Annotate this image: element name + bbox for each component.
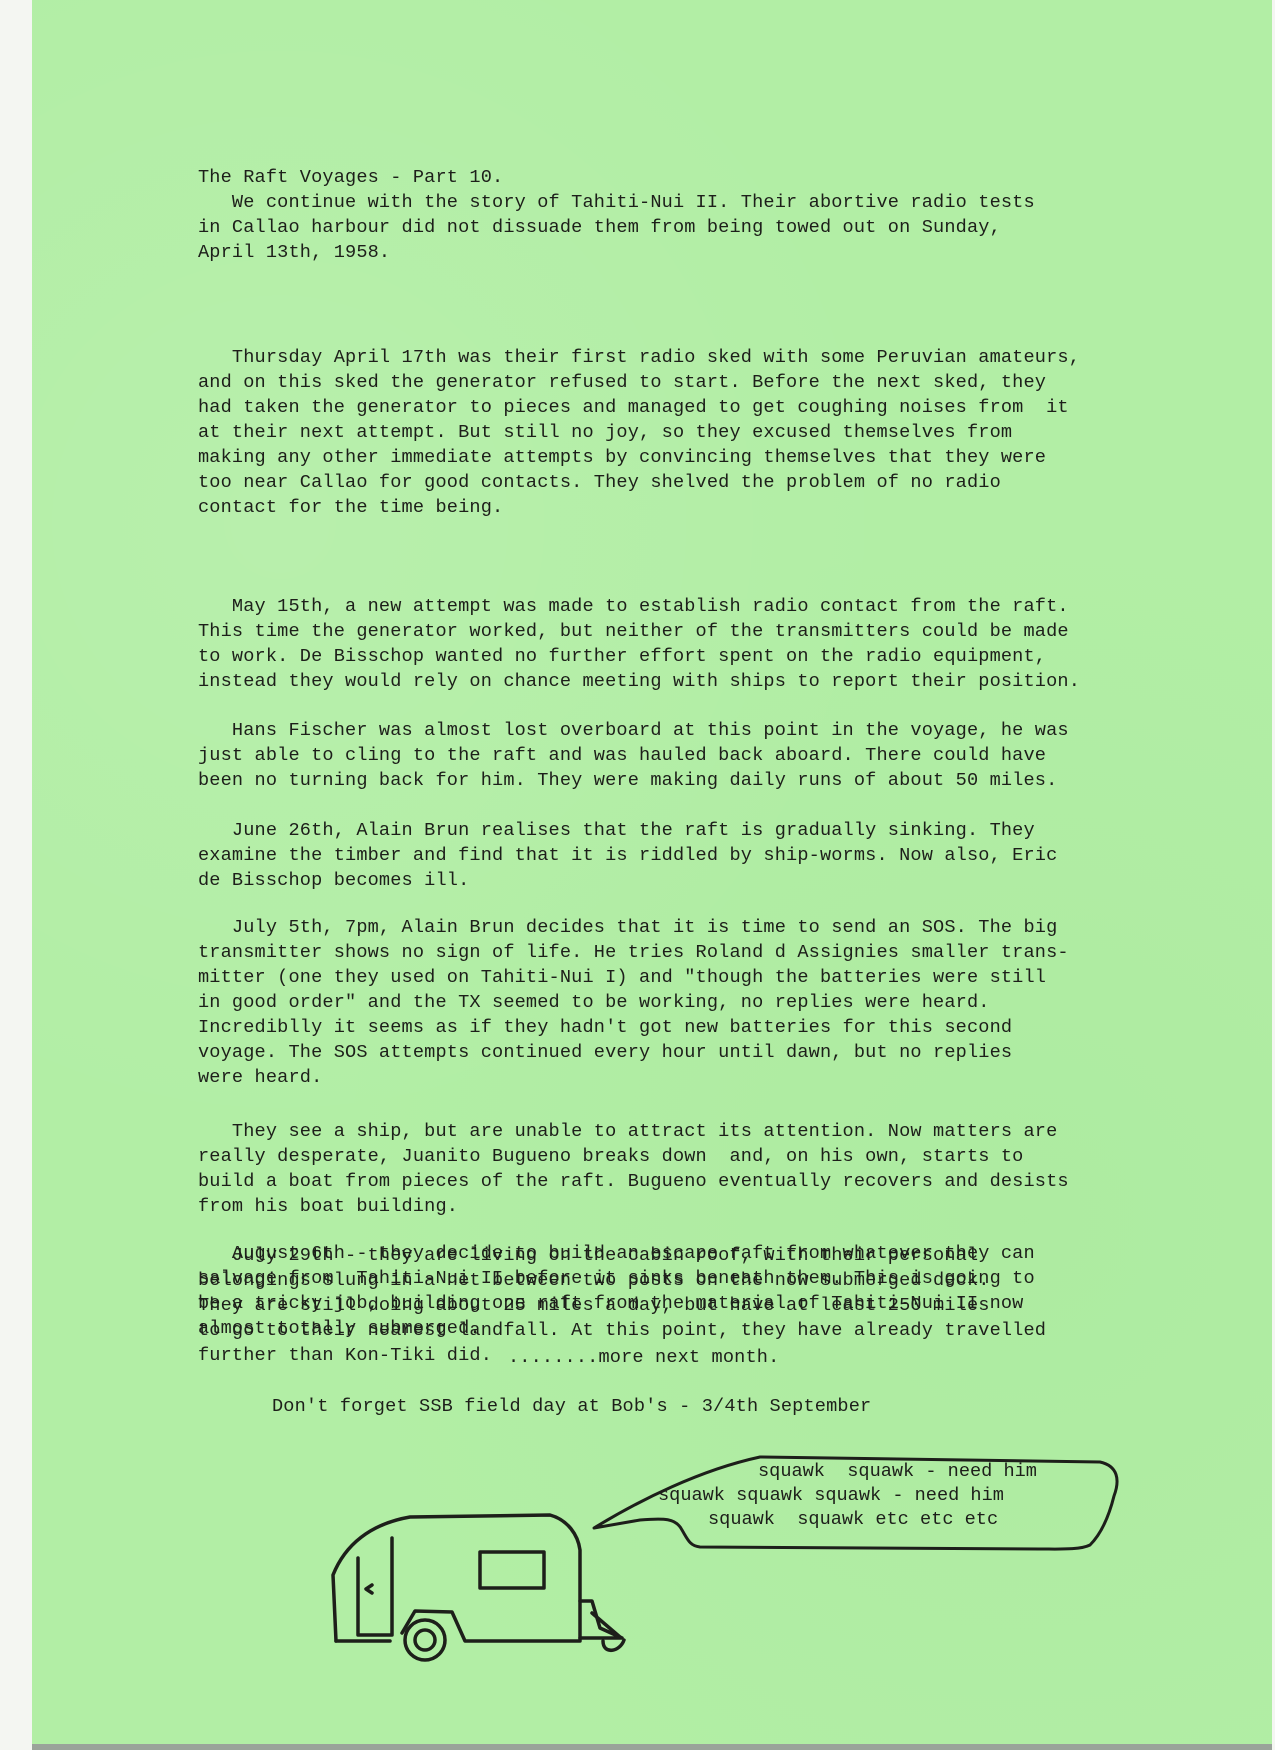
speech-line-3: squawk squawk etc etc etc (708, 1508, 998, 1532)
caravan-cartoon (0, 0, 1275, 1750)
speech-line-1: squawk squawk - need him (758, 1460, 1037, 1484)
caravan-icon (333, 1515, 624, 1660)
speech-line-2: squawk squawk squawk - need him (658, 1484, 1004, 1508)
